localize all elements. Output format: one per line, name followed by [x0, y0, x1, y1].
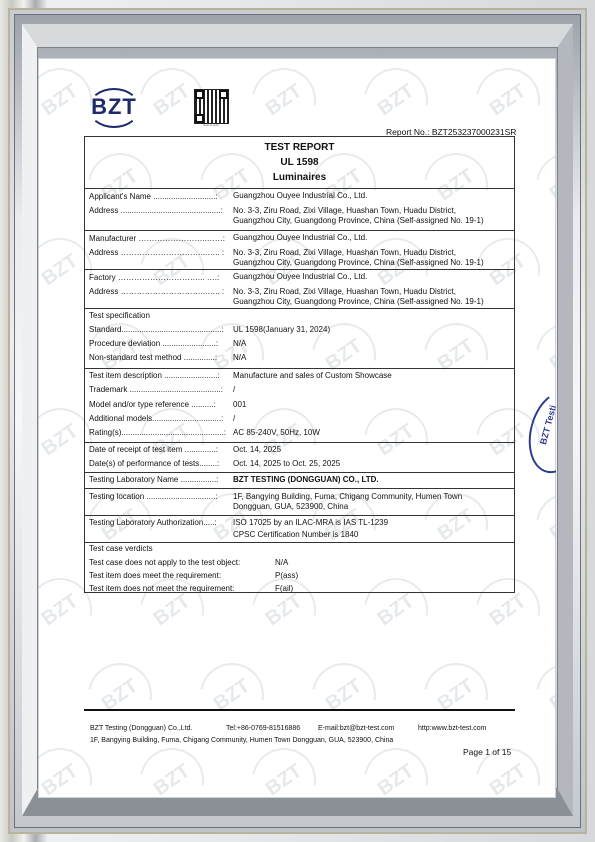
verdicts-heading: Test case verdicts: [89, 543, 153, 555]
field-label: Additional models.......................…: [89, 413, 223, 425]
field-label: Address ................................…: [89, 205, 223, 217]
field-label: Standard................................…: [89, 324, 224, 336]
manufacturer-address-row: Address …………………………...….. : No. 3-3, Ziru…: [89, 247, 510, 259]
field-label: Rating(s)...............................…: [89, 427, 226, 439]
field-label: Date of receipt of test item ...........…: [89, 444, 218, 456]
divider: [85, 472, 514, 473]
field-value: 1F, Bangying Building, Fuma, Chigang Com…: [233, 492, 462, 512]
title-line-2: UL 1598: [85, 155, 514, 170]
field-label: Non-standard test method ..............:: [89, 352, 217, 364]
field-value: 001: [233, 399, 246, 411]
divider: [85, 488, 514, 489]
certificate-page: BZTBZTBZTBZTBZTBZTBZTBZTBZTBZTBZTBZTBZTB…: [38, 58, 556, 798]
factory-name-row: Factory …………………………... ….: Guangzhou Ouye…: [89, 272, 510, 284]
field-value: Guangzhou Ouyee Industrial Co., Ltd.: [233, 272, 367, 282]
divider: [85, 308, 514, 309]
field-value: N/A: [233, 338, 246, 350]
manufacturer-name-row: Manufacturer ……………………..……: Guangzhou Ouy…: [89, 233, 510, 245]
field-label: Test item description ..................…: [89, 370, 220, 382]
watermark-logo-icon: BZT: [127, 735, 216, 798]
lab-authorization-row-2: CPSC Certification Number is 1840: [89, 529, 510, 541]
field-label: Test item does not meet the requirement:: [89, 583, 234, 595]
field-value: Manufacture and sales of Custom Showcase: [233, 370, 392, 382]
lab-location-row: Testing location .......................…: [89, 491, 510, 503]
field-value: ISO 17025 by an ILAC-MRA is IAS TL-1239: [233, 517, 388, 529]
field-value: N/A: [233, 352, 246, 364]
qr-caption: Scan to verify: [188, 124, 234, 127]
watermark-logo-icon: BZT: [463, 735, 552, 798]
test-spec-row: Standard................................…: [89, 324, 510, 336]
field-label: Date(s) of performance of tests........:: [89, 458, 219, 470]
watermark-logo-icon: BZT: [239, 735, 328, 798]
watermark-logo-icon: BZT: [523, 310, 556, 399]
verdict-row: Test case does not apply to the test obj…: [89, 557, 510, 569]
applicant-name-row: Applicant's Name .......................…: [89, 191, 510, 203]
report-table: TEST REPORT UL 1598 Luminaires Applicant…: [84, 136, 515, 593]
test-item-row: Test item description ..................…: [89, 370, 510, 382]
field-value: No. 3-3, Ziru Road, Zixi Village, Huasha…: [233, 206, 484, 226]
footer-divider: [84, 709, 515, 711]
field-value: P(ass): [275, 570, 298, 582]
field-value: /: [233, 384, 235, 396]
footer-website[interactable]: http:www.bzt-test.com: [418, 725, 486, 732]
field-label: Testing Laboratory Authorization.....:: [89, 517, 217, 529]
test-spec-heading: Test specification: [89, 310, 150, 322]
field-value: BZT TESTING (DONGGUAN) CO., LTD.: [233, 474, 379, 486]
watermark-logo-icon: BZT: [38, 735, 105, 798]
report-title: TEST REPORT UL 1598 Luminaires: [85, 137, 514, 189]
verdict-row: Test item does not meet the requirement:…: [89, 583, 510, 595]
field-label: Address …………………………...….. :: [89, 247, 224, 259]
field-value: F(ail): [275, 583, 293, 595]
applicant-address-row: Address ................................…: [89, 205, 510, 217]
lab-name-row: Testing Laboratory Name ................…: [89, 474, 510, 486]
field-value: N/A: [275, 557, 288, 569]
qr-code-icon: [195, 90, 228, 123]
field-value: No. 3-3, Ziru Road, Zixi Village, Huasha…: [233, 248, 484, 268]
footer-tel: Tel:+86-0769-81516886: [226, 725, 300, 732]
field-value: UL 1598(January 31, 2024): [233, 324, 330, 336]
field-label: Testing location .......................…: [89, 491, 218, 503]
watermark-logo-icon: BZT: [523, 650, 556, 739]
divider: [85, 269, 514, 270]
watermark-logo-icon: BZT: [351, 735, 440, 798]
title-line-1: TEST REPORT: [85, 140, 514, 155]
field-label: Applicant's Name .......................…: [89, 191, 218, 203]
lab-authorization-row: Testing Laboratory Authorization.....: I…: [89, 517, 510, 529]
field-value: Oct. 14, 2025: [233, 444, 281, 456]
factory-address-row: Address …………………………...….. : No. 3-3, Ziru…: [89, 286, 510, 298]
divider: [85, 188, 514, 189]
field-label: Manufacturer ……………………..……:: [89, 233, 225, 245]
test-spec-row: Procedure deviation ....................…: [89, 338, 510, 350]
verdict-row: Test item does meet the requirement: P(a…: [89, 570, 510, 582]
field-label: Testing Laboratory Name ................…: [89, 474, 218, 486]
footer-company: BZT Testing (Dongguan) Co.,Ltd.: [90, 725, 192, 732]
field-value: Guangzhou Ouyee Industrial Co., Ltd.: [233, 233, 367, 243]
date-row: Date of receipt of test item ...........…: [89, 444, 510, 456]
watermark-logo-icon: BZT: [239, 58, 328, 145]
field-label: Test item does meet the requirement:: [89, 570, 221, 582]
field-label: Address …………………………...….. :: [89, 286, 224, 298]
field-value: /: [233, 413, 235, 425]
footer-email[interactable]: E-mail:bzt@bzt-test.com: [318, 725, 394, 732]
divider: [85, 515, 514, 516]
logo-text: BZT: [88, 94, 140, 120]
field-value: No. 3-3, Ziru Road, Zixi Village, Huasha…: [233, 287, 484, 307]
watermark-logo-icon: BZT: [523, 140, 556, 229]
test-item-row: Rating(s)...............................…: [89, 427, 510, 439]
field-value: CPSC Certification Number is 1840: [233, 529, 358, 541]
test-spec-row: Non-standard test method ..............:…: [89, 352, 510, 364]
footer-address: 1F, Bangying Building, Fuma, Chigang Com…: [90, 737, 393, 744]
divider: [85, 368, 514, 369]
title-line-3: Luminaires: [85, 170, 514, 185]
field-label: Model and/or type reference ..........:: [89, 399, 216, 411]
field-label: Factory …………………………... ….:: [89, 272, 219, 284]
field-value: Oct. 14, 2025 to Oct. 25, 2025: [233, 458, 340, 470]
test-item-row: Model and/or type reference ..........: …: [89, 399, 510, 411]
field-label: Procedure deviation ....................…: [89, 338, 218, 350]
test-item-row: Trademark ..............................…: [89, 384, 510, 396]
divider: [85, 442, 514, 443]
field-label: Test case does not apply to the test obj…: [89, 557, 240, 569]
watermark-logo-icon: BZT: [523, 480, 556, 569]
field-value: Guangzhou Ouyee Industrial Co., Ltd.: [233, 191, 367, 201]
date-row: Date(s) of performance of tests........:…: [89, 458, 510, 470]
field-label: Trademark ..............................…: [89, 384, 223, 396]
test-item-row: Additional models.......................…: [89, 413, 510, 425]
field-value: AC 85-240V, 50Hz, 10W: [233, 427, 320, 439]
bzt-logo: BZT: [88, 88, 140, 128]
divider: [85, 230, 514, 231]
page-number: Page 1 of 15: [463, 747, 511, 757]
